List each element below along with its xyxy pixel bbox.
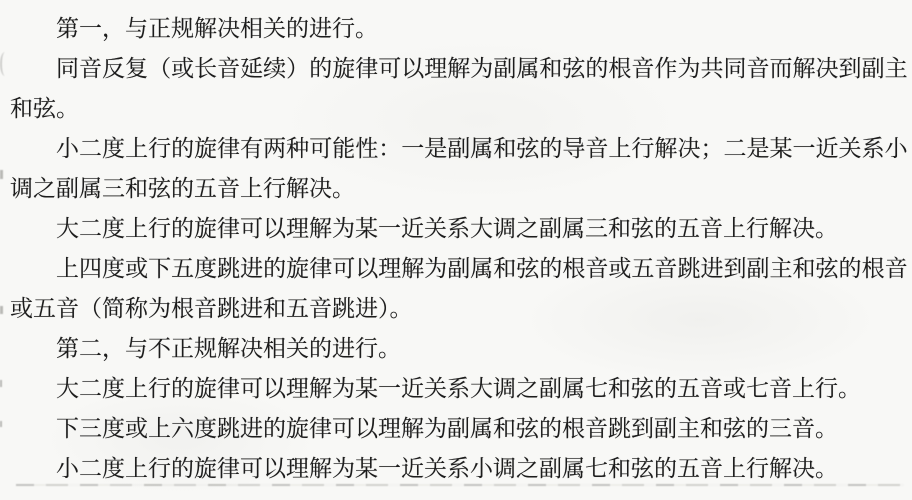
text-line: 小二度上行的旋律有两种可能性：一是副属和弦的导音上行解决；二是某一近关系小 <box>10 129 908 169</box>
text-line: 第一，与正规解决相关的进行。 <box>10 9 908 49</box>
text-line: 大二度上行的旋律可以理解为某一近关系大调之副属三和弦的五音上行解决。 <box>10 209 908 249</box>
text-line: 和弦。 <box>10 89 908 129</box>
scan-speck-artifact <box>0 306 3 314</box>
scan-speck-artifact <box>0 380 2 387</box>
scan-edge-line-artifact <box>16 484 904 486</box>
scan-speck-artifact <box>0 170 3 179</box>
text-line: 小二度上行的旋律可以理解为某一近关系小调之副属七和弦的五音上行解决。 <box>10 449 908 489</box>
text-line: 同音反复（或长音延续）的旋律可以理解为副属和弦的根音作为共同音而解决到副主 <box>10 49 908 89</box>
scan-speck-artifact <box>0 421 2 427</box>
scanned-page: 第一，与正规解决相关的进行。同音反复（或长音延续）的旋律可以理解为副属和弦的根音… <box>0 0 912 500</box>
text-line: 大二度上行的旋律可以理解为某一近关系大调之副属七和弦的五音或七音上行。 <box>10 369 908 409</box>
text-line: 下三度或上六度跳进的旋律可以理解为副属和弦的根音跳到副主和弦的三音。 <box>10 409 908 449</box>
text-line: 调之副属三和弦的五音上行解决。 <box>10 169 908 209</box>
scan-smudge-artifact <box>0 52 10 76</box>
text-line: 上四度或下五度跳进的旋律可以理解为副属和弦的根音或五音跳进到副主和弦的根音 <box>10 249 908 289</box>
text-line: 第二，与不正规解决相关的进行。 <box>10 329 908 369</box>
text-line: 或五音（简称为根音跳进和五音跳进）。 <box>10 289 908 329</box>
text-content: 第一，与正规解决相关的进行。同音反复（或长音延续）的旋律可以理解为副属和弦的根音… <box>10 9 908 489</box>
